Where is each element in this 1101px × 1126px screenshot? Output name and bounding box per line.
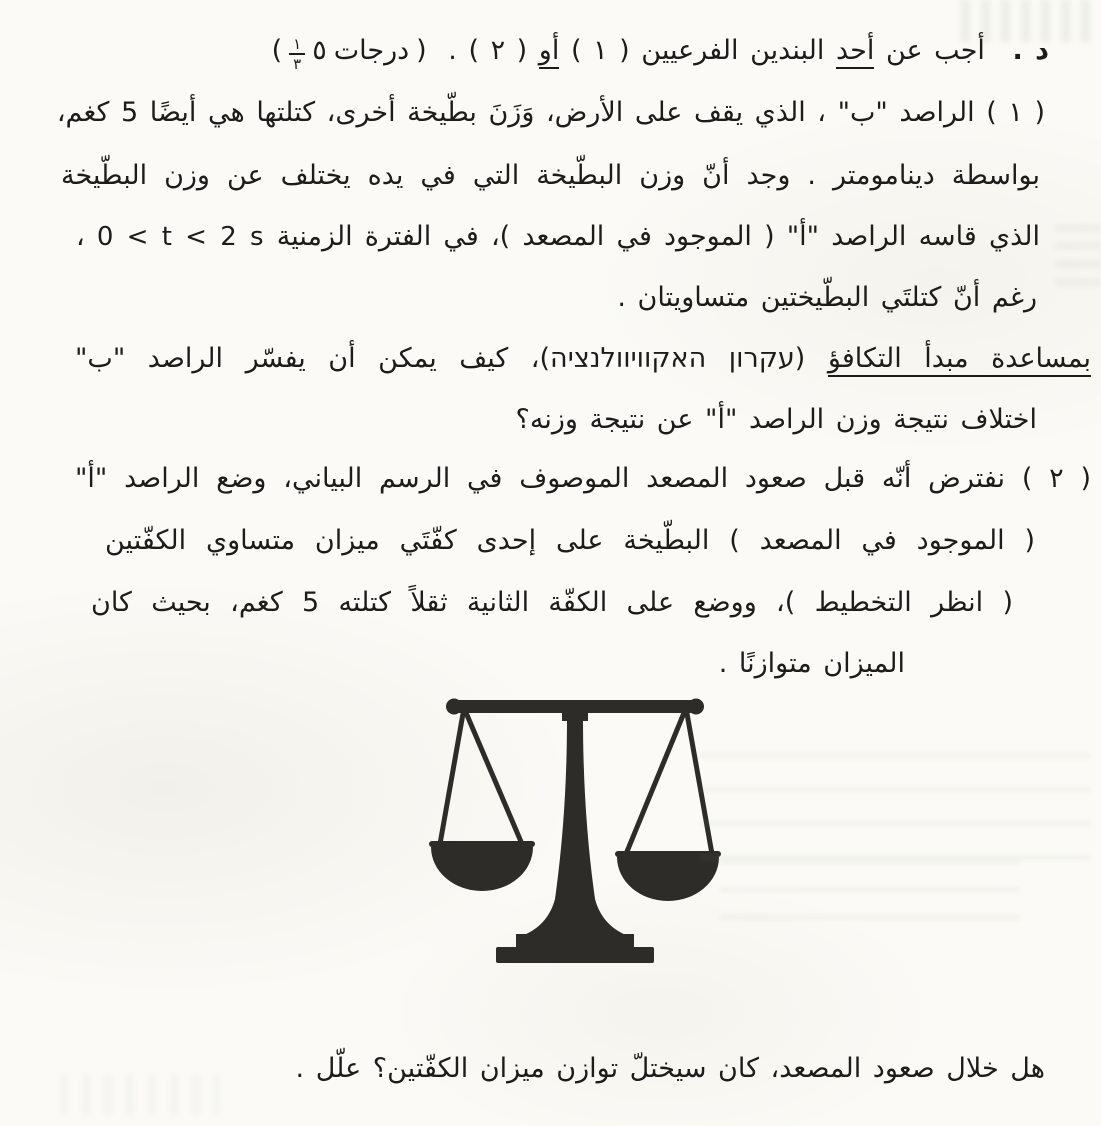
header-text-mid: البندين الفرعيين ( ١ )	[571, 35, 824, 66]
part1-line5-rest: (עקרון האקוויוולנציה)، كيف يمكن أن يفسّر…	[75, 343, 805, 374]
header-text-after: ( ٢ ) .	[448, 35, 527, 66]
header-underlined-or: أو	[539, 35, 560, 69]
section-header-line: د . أجب عن أحد البندين الفرعيين ( ١ ) أو…	[272, 28, 1049, 74]
marks-close-paren: )	[416, 28, 427, 74]
part1-line2: بواسطة دينامومتر . وجد أنّ وزن البطّيخة …	[61, 153, 1040, 199]
part1-line3-text: الذي قاسه الراصد "أ" ( الموجود في المصعد…	[277, 221, 1040, 252]
time-interval-formula: 0 < t < 2 s	[97, 214, 265, 260]
part1-line3-comma: ،	[76, 221, 85, 252]
scan-artifact	[60, 1075, 220, 1115]
balance-scale-illustration	[428, 692, 728, 977]
marks-fraction: ١ ٣	[289, 36, 305, 73]
fraction-numerator: ١	[289, 36, 305, 56]
part1-line6: اختلاف نتيجة وزن الراصد "أ" عن نتيجة وزن…	[516, 397, 1037, 443]
part1-line5: بمساعدة مبدأ التكافؤ (עקרון האקוויוולנצי…	[75, 336, 1091, 382]
balance-scale-icon	[428, 692, 728, 977]
part1-line4: رغم أنّ كتلتَي البطّيختين متساويتان .	[617, 275, 1037, 321]
fraction-denominator: ٣	[293, 55, 301, 73]
marks-note: ( ١ ٣ ٥ درجات )	[272, 28, 427, 74]
equivalence-principle-underlined: بمساعدة مبدأ التكافؤ	[828, 343, 1091, 377]
scanned-exam-page: د . أجب عن أحد البندين الفرعيين ( ١ ) أو…	[0, 0, 1101, 1126]
section-letter: د .	[1012, 35, 1049, 66]
part2-line4: الميزان متوازنًا .	[719, 641, 905, 687]
scan-artifact	[700, 740, 1090, 860]
part2-line1: ( ٢ ) نفترض أنّه قبل صعود المصعد الموصوف…	[75, 456, 1091, 502]
marks-open-paren: (	[272, 28, 283, 74]
part2-line2: ( الموجود في المصعد ) البطّيخة على إحدى …	[105, 518, 1035, 564]
header-text-before: أجب عن	[886, 35, 985, 66]
part2-line3: ( انظر التخطيط )، ووضع على الكفّة الثاني…	[91, 580, 1013, 626]
header-underlined-one: أحد	[836, 35, 874, 69]
marks-whole-number: ٥	[312, 28, 327, 74]
scan-artifact	[720, 860, 1020, 920]
part1-line1: ( ١ ) الراصد "ب" ، الذي يقف على الأرض، و…	[60, 90, 1045, 136]
marks-unit: درجات	[334, 28, 409, 74]
closing-question: هل خلال صعود المصعد، كان سيختلّ توازن مي…	[296, 1046, 1045, 1092]
scan-artifact	[1055, 215, 1101, 285]
part1-line3: الذي قاسه الراصد "أ" ( الموجود في المصعد…	[76, 214, 1040, 260]
